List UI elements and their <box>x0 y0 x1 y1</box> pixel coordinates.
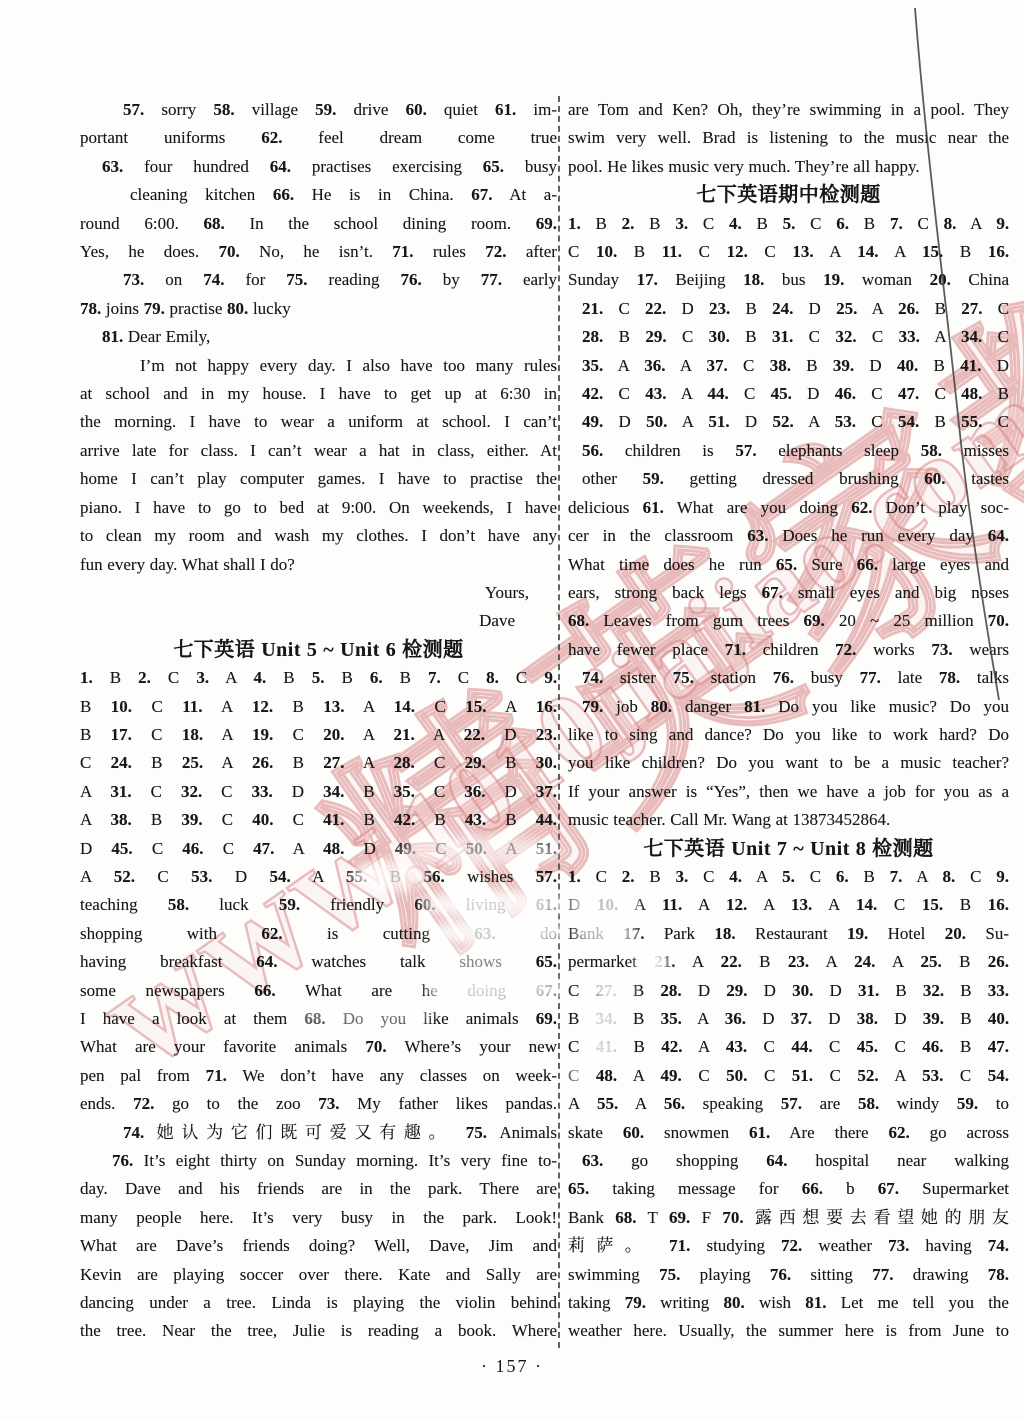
section-heading-unit7-8: 七下英语 Unit 7 ~ Unit 8 检测题 <box>568 835 1009 863</box>
answer-line: C 10. B 11. C 12. C 13. A 14. A 15. B 16… <box>568 238 1009 266</box>
answer-line: delicious 61. What are you doing 62. Don… <box>568 494 1009 522</box>
erasure-blob <box>566 1062 592 1088</box>
answer-line: C 41. B 42. A 43. C 44. C 45. C 46. B 47… <box>568 1033 1009 1061</box>
answer-line: 74. 她认为它们既可爱又有趣。 75. Animals <box>80 1119 557 1147</box>
passage-line: swim very well. Brad is listening to the… <box>568 124 1009 152</box>
answer-line: 63. go shopping 64. hospital near walkin… <box>568 1147 1009 1175</box>
answer-line: 73. on 74. for 75. reading 76. by 77. ea… <box>80 266 557 294</box>
erasure-blob <box>586 1006 626 1032</box>
answer-line: A 52. C 53. D 54. A 55. B 56. wishes 57. <box>80 863 557 891</box>
scanned-workbook-page: 精英家教网 WWW.1010jiajiao.com 57. sorry 58. … <box>0 0 1024 1419</box>
passage-line: are Tom and Ken? Oh, they’re swimming in… <box>568 96 1009 124</box>
answer-line: 35. A 36. A 37. C 38. B 39. D 40. B 41. … <box>568 352 1009 380</box>
answer-line: C 27. B 28. D 29. D 30. D 31. B 32. B 33… <box>568 977 1009 1005</box>
answer-line: cleaning kitchen 66. He is in China. 67.… <box>80 181 557 209</box>
erasure-blob <box>425 975 567 1003</box>
answer-line: 28. B 29. C 30. B 31. C 32. C 33. A 34. … <box>568 323 1009 351</box>
erasure-blob <box>568 891 640 918</box>
answer-line: Yes, he does. 70. No, he isn’t. 71. rule… <box>80 238 557 266</box>
erasure-blob <box>398 836 563 866</box>
letter-line: at school and in my house. I have to get… <box>80 380 557 408</box>
answer-line: 78. joins 79. practise 80. lucky <box>80 295 557 323</box>
passage-line: day. Dave and his friends are in the par… <box>80 1175 557 1203</box>
answer-line: A 55. A 56. speaking 57. are 58. windy 5… <box>568 1090 1009 1118</box>
passage-line: pool. He likes music very much. They’re … <box>568 153 1009 181</box>
answer-line: 21. C 22. D 23. B 24. D 25. A 26. B 27. … <box>568 295 1009 323</box>
answer-line: If your answer is “Yes”, then we have a … <box>568 778 1009 806</box>
section-heading-midterm: 七下英语期中检测题 <box>568 181 1009 209</box>
answer-line: permarket 21. A 22. B 23. A 24. A 25. B … <box>568 948 1009 976</box>
answer-line: 42. C 43. A 44. C 45. D 46. C 47. C 48. … <box>568 380 1009 408</box>
answer-line: pen pal from 71. We don’t have any class… <box>80 1062 557 1090</box>
right-column: are Tom and Ken? Oh, they’re swimming in… <box>568 96 1009 1346</box>
answer-line: 56. children is 57. elephants sleep 58. … <box>568 437 1009 465</box>
answer-line: have fewer place 71. children 72. works … <box>568 636 1009 664</box>
erasure-blob <box>290 1003 435 1029</box>
answer-line: like to sing and dance? Do you like to w… <box>568 721 1009 749</box>
letter-closing: Yours, <box>80 579 557 607</box>
passage-line: dancing under a tree. Linda is playing t… <box>80 1289 557 1317</box>
answer-line: you like children? Do you want to be a m… <box>568 749 1009 777</box>
answer-line: round 6:00. 68. In the school dining roo… <box>80 210 557 238</box>
letter-line: arrive late for class. I can’t wear a ha… <box>80 437 557 465</box>
answer-line: What time does he run 65. Sure 66. large… <box>568 551 1009 579</box>
passage-line: What are Dave’s friends doing? Well, Dav… <box>80 1232 557 1260</box>
erasure-blob <box>574 920 640 946</box>
answer-line: 63. four hundred 64. practises exercisin… <box>80 153 557 181</box>
section-heading-unit5-6: 七下英语 Unit 5 ~ Unit 6 检测题 <box>80 636 557 664</box>
answer-line: other 59. getting dressed brushing 60. t… <box>568 465 1009 493</box>
answer-line: cer in the classroom 63. Does he run eve… <box>568 522 1009 550</box>
letter-line: the morning. I have to wear a uniform at… <box>80 408 557 436</box>
answer-line: What are your favorite animals 70. Where… <box>80 1033 557 1061</box>
passage-line: 76. It’s eight thirty on Sunday morning.… <box>80 1147 557 1175</box>
erasure-blob <box>438 947 528 973</box>
left-column: 57. sorry 58. village 59. drive 60. quie… <box>80 96 557 1346</box>
answer-line: B 17. C 18. A 19. C 20. A 21. A 22. D 23… <box>80 721 557 749</box>
answer-line: C 24. B 25. A 26. B 27. A 28. C 29. B 30… <box>80 749 557 777</box>
passage-line: many people here. It’s very busy in the … <box>80 1204 557 1232</box>
answer-line: 74. sister 75. station 76. busy 77. late… <box>568 664 1009 692</box>
page-number: · 157 · <box>0 1356 1024 1377</box>
answer-line: Sunday 17. Beijing 18. bus 19. woman 20.… <box>568 266 1009 294</box>
letter-salutation: 81. Dear Emily, <box>80 323 557 351</box>
answer-line: 1. B 2. C 3. A 4. B 5. B 6. B 7. C 8. C … <box>80 664 557 692</box>
answer-line: C 48. A 49. C 50. C 51. C 52. A 53. C 54… <box>568 1062 1009 1090</box>
answer-line: portant uniforms 62. feel dream come tru… <box>80 124 557 152</box>
answer-line: A 31. C 32. C 33. D 34. B 35. C 36. D 37… <box>80 778 557 806</box>
letter-signature: Dave <box>80 607 557 635</box>
answer-line: 65. taking message for 66. b 67. Superma… <box>568 1175 1009 1203</box>
answer-line: ears, strong back legs 67. small eyes an… <box>568 579 1009 607</box>
erasure-blob <box>636 949 670 975</box>
answer-line: skate 60. snowmen 61. Are there 62. go a… <box>568 1119 1009 1147</box>
answer-line: 1. B 2. B 3. C 4. B 5. C 6. B 7. C 8. A … <box>568 210 1009 238</box>
erasure-blob <box>428 918 568 946</box>
answer-line: taking 79. writing 80. wish 81. Let me t… <box>568 1289 1009 1317</box>
answer-line: A 38. B 39. C 40. C 41. B 42. B 43. B 44… <box>80 806 557 834</box>
answer-line: music teacher. Call Mr. Wang at 13873452… <box>568 806 1009 834</box>
letter-line: fun every day. What shall I do? <box>80 551 557 579</box>
column-divider <box>558 96 560 1348</box>
answer-line: swimming 75. playing 76. sitting 77. dra… <box>568 1261 1009 1289</box>
letter-line: home I can’t play computer games. I have… <box>80 465 557 493</box>
answer-line: 79. job 80. danger 81. Do you like music… <box>568 693 1009 721</box>
erasure-blob <box>590 977 634 1003</box>
erasure-blob <box>586 1034 626 1060</box>
answer-line: 57. sorry 58. village 59. drive 60. quie… <box>80 96 557 124</box>
answer-line: Bank 68. T 69. F 70. 露西想要去看望她的朋友 <box>568 1204 1009 1232</box>
answer-line: 68. Leaves from gum trees 69. 20 ~ 25 mi… <box>568 607 1009 635</box>
answer-line: B 10. C 11. A 12. B 13. A 14. C 15. A 16… <box>80 693 557 721</box>
answer-line: 1. C 2. B 3. C 4. A 5. C 6. B 7. A 8. C … <box>568 863 1009 891</box>
erasure-blob <box>420 890 568 918</box>
answer-line: B 34. B 35. A 36. D 37. D 38. D 39. B 40… <box>568 1005 1009 1033</box>
answer-line: weather here. Usually, the summer here i… <box>568 1317 1009 1345</box>
letter-line: piano. I have to go to bed at 9:00. On w… <box>80 494 557 522</box>
passage-line: the tree. Near the tree, Julie is readin… <box>80 1317 557 1345</box>
passage-line: Kevin are playing soccer over there. Kat… <box>80 1261 557 1289</box>
answer-line: 49. D 50. A 51. D 52. A 53. C 54. B 55. … <box>568 408 1009 436</box>
letter-line: to clean my room and wash my clothes. I … <box>80 522 557 550</box>
erasure-blob <box>350 861 428 891</box>
letter-line: I’m not happy every day. I also have too… <box>80 352 557 380</box>
answer-line: ends. 72. go to the zoo 73. My father li… <box>80 1090 557 1118</box>
answer-line: 莉萨。 71. studying 72. weather 73. having … <box>568 1232 1009 1260</box>
